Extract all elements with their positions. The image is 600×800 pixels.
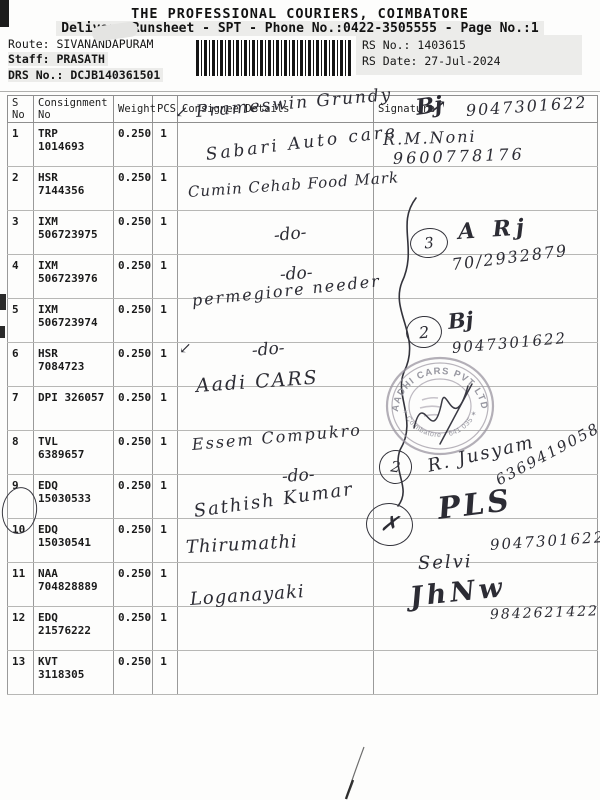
cell-sno: 5 xyxy=(8,299,34,343)
cell-pcs: 1 xyxy=(153,255,178,299)
staff-line: Staff: PRASATH xyxy=(8,52,108,66)
scan-artifact xyxy=(0,326,5,338)
cell-weight: 0.250 xyxy=(114,519,153,563)
cell-consignment: EDQ 21576222 xyxy=(34,607,114,651)
cell-sno: 13 xyxy=(8,651,34,695)
cell-pcs: 1 xyxy=(153,519,178,563)
cell-weight: 0.250 xyxy=(114,299,153,343)
cell-pcs: 1 xyxy=(153,563,178,607)
cell-consignment: HSR 7084723 xyxy=(34,343,114,387)
cell-pcs: 1 xyxy=(153,343,178,387)
staff-label: Staff: xyxy=(8,52,50,66)
cell-consignment: NAA 704828889 xyxy=(34,563,114,607)
consignee-handwriting-10: -do- xyxy=(281,467,315,486)
cell-pcs: 1 xyxy=(153,651,178,695)
svg-text:AADHI CARS PVT LTD: AADHI CARS PVT LTD xyxy=(390,366,490,413)
col-consignment: Consignment No xyxy=(34,96,114,123)
cell-consignment: TVL 6389657 xyxy=(34,431,114,475)
cell-signature xyxy=(374,651,598,695)
cell-consignment: IXM 506723974 xyxy=(34,299,114,343)
cell-weight: 0.250 xyxy=(114,607,153,651)
company-title: THE PROFESSIONAL COURIERS, COIMBATORE xyxy=(0,6,600,22)
cell-sno: 4 xyxy=(8,255,34,299)
aadhi-cars-stamp: AADHI CARS PVT LTD ✶ Coimbatore - 641 03… xyxy=(384,356,496,460)
cell-pcs: 1 xyxy=(153,211,178,255)
rs-no-value: 1403615 xyxy=(417,38,465,52)
arrow-down-left-icon: ↙ xyxy=(175,104,188,120)
phone-handwriting-2: 9600778176 xyxy=(393,146,525,167)
col-sno: S No xyxy=(8,96,34,123)
cell-weight: 0.250 xyxy=(114,651,153,695)
rs-date-line: RS Date: 27-Jul-2024 xyxy=(362,53,576,69)
pen-brace-mark xyxy=(392,196,428,508)
arrow-up-right-icon: ↗ xyxy=(429,95,448,117)
cell-pcs: 1 xyxy=(153,123,178,167)
route-label: Route: xyxy=(8,37,50,51)
cell-consignment: EDQ 15030541 xyxy=(34,519,114,563)
cell-weight: 0.250 xyxy=(114,255,153,299)
cell-sno: 1 xyxy=(8,123,34,167)
scan-artifact xyxy=(0,0,9,27)
scan-artifact xyxy=(0,294,6,310)
cell-pcs: 1 xyxy=(153,431,178,475)
barcode xyxy=(196,40,353,76)
signature-name-2: R.M.Noni xyxy=(383,129,477,148)
table-row: 7 DPI 326057 0.250 1 xyxy=(8,387,598,431)
consignee-handwriting-4: -do- xyxy=(273,225,307,245)
rs-no-label: RS No.: xyxy=(362,38,410,52)
cell-consignee xyxy=(178,651,374,695)
cell-consignment: EDQ 15030533 xyxy=(34,475,114,519)
cell-weight: 0.250 xyxy=(114,431,153,475)
cell-consignment: IXM 506723976 xyxy=(34,255,114,299)
col-weight: Weight xyxy=(114,96,153,123)
rs-date-label: RS Date: xyxy=(362,54,417,68)
cell-pcs: 1 xyxy=(153,387,178,431)
consignee-handwriting-7: -do- xyxy=(251,340,285,360)
cell-sno: 12 xyxy=(8,607,34,651)
rs-info-box: RS No.: 1403615 RS Date: 27-Jul-2024 xyxy=(356,35,582,75)
cell-weight: 0.250 xyxy=(114,343,153,387)
signature-scrawl-3: A Rj xyxy=(457,216,529,243)
cell-consignment: HSR 7144356 xyxy=(34,167,114,211)
col-pcs: PCS xyxy=(153,96,178,123)
runsheet-subtitle: Delivery Runsheet - SPT - Phone No.:0422… xyxy=(0,21,600,36)
cell-sno: 11 xyxy=(8,563,34,607)
stamp-top-text: AADHI CARS PVT LTD xyxy=(390,366,490,413)
arrow-down-left-icon: ↙ xyxy=(179,341,192,356)
cell-pcs: 1 xyxy=(153,475,178,519)
cell-sno: 7 xyxy=(8,387,34,431)
cell-consignment: TRP 1014693 xyxy=(34,123,114,167)
rs-no-line: RS No.: 1403615 xyxy=(362,37,576,53)
cell-consignee xyxy=(178,607,374,651)
cell-weight: 0.250 xyxy=(114,563,153,607)
drs-value: DCJB140361501 xyxy=(70,68,160,82)
staff-value: PRASATH xyxy=(56,52,104,66)
table-row: 13 KVT 3118305 0.250 1 xyxy=(8,651,598,695)
signature-name-12: Selvi xyxy=(418,553,473,573)
route-line: Route: SIVANANDAPURAM xyxy=(8,37,153,51)
cell-weight: 0.250 xyxy=(114,123,153,167)
pen-streak-artifact xyxy=(338,744,374,800)
cell-pcs: 1 xyxy=(153,167,178,211)
cell-sno: 3 xyxy=(8,211,34,255)
scanned-runsheet-page: THE PROFESSIONAL COURIERS, COIMBATORE De… xyxy=(0,0,600,800)
cell-pcs: 1 xyxy=(153,299,178,343)
drs-line: DRS No.: DCJB140361501 xyxy=(8,68,163,82)
rs-date-value: 27-Jul-2024 xyxy=(424,54,500,68)
drs-label: DRS No.: xyxy=(8,68,63,82)
cell-weight: 0.250 xyxy=(114,387,153,431)
cell-sno: 8 xyxy=(8,431,34,475)
cell-sno: 2 xyxy=(8,167,34,211)
signature-scrawl-11: PLS xyxy=(436,486,513,525)
phone-handwriting-13: 9842621422 xyxy=(490,604,600,622)
cell-weight: 0.250 xyxy=(114,211,153,255)
cell-consignment: IXM 506723975 xyxy=(34,211,114,255)
cell-pcs: 1 xyxy=(153,607,178,651)
cell-consignment: DPI 326057 xyxy=(34,387,114,431)
signature-scrawl-6: Bj xyxy=(447,308,474,332)
cell-weight: 0.250 xyxy=(114,167,153,211)
cell-sno: 6 xyxy=(8,343,34,387)
cell-weight: 0.250 xyxy=(114,475,153,519)
cell-consignment: KVT 3118305 xyxy=(34,651,114,695)
